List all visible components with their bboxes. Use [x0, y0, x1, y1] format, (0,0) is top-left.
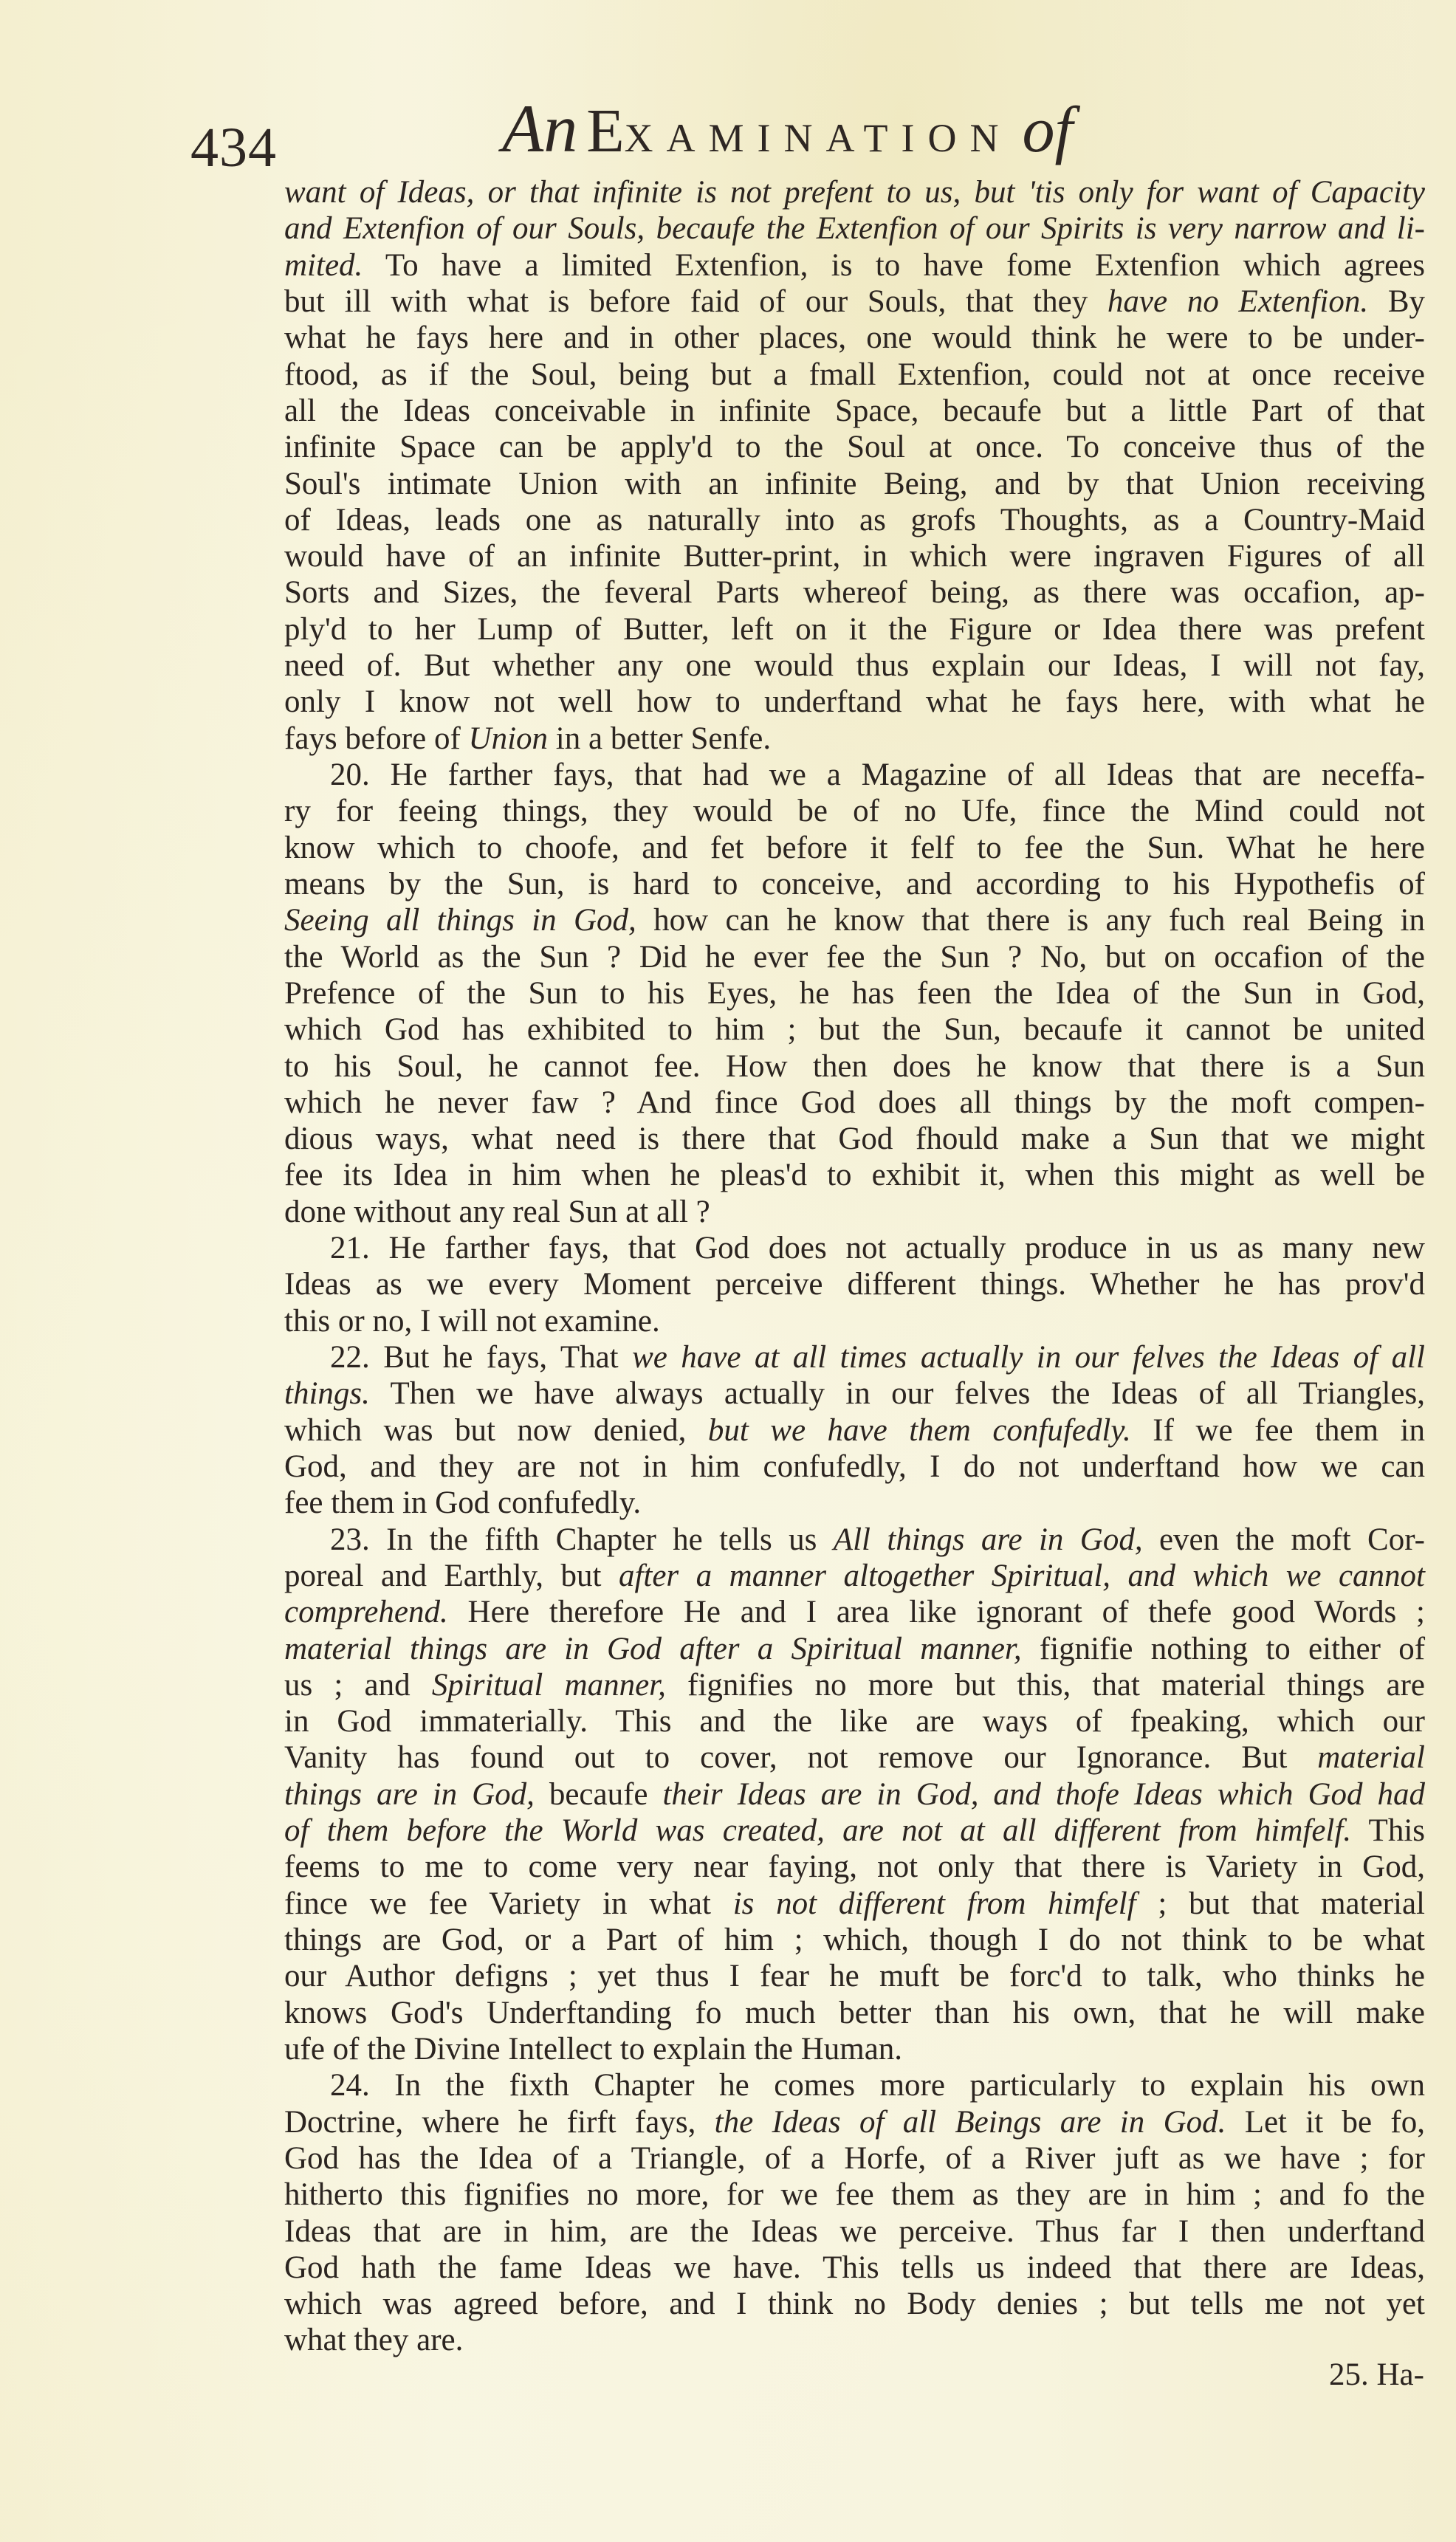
roman-run: 21. He farther fays, that God does not a… — [330, 1231, 1425, 1265]
catchword: 25. Ha- — [1329, 2359, 1424, 2391]
italic-run: All things are in God, — [834, 1522, 1143, 1557]
roman-run: 22. But he fays, That — [330, 1340, 632, 1375]
italic-run: mited. — [284, 248, 363, 283]
roman-run: Doctrine, where he firft fays, — [284, 2105, 715, 2140]
text-line: 24. In the fixth Chapter he comes more p… — [284, 2067, 1425, 2103]
italic-run: is not different from himfelf — [733, 1886, 1136, 1921]
text-line: fee its Idea in him when he pleas'd to e… — [284, 1157, 1425, 1193]
roman-run: need of. But whether any one would thus … — [284, 648, 1425, 683]
roman-run: even the moft Cor- — [1143, 1522, 1425, 1557]
roman-run: hitherto this fignifies no more, for we … — [284, 2177, 1425, 2212]
italic-run: comprehend. — [284, 1595, 448, 1629]
text-line: things are in God, becaufe their Ideas a… — [284, 1776, 1425, 1813]
text-line: done without any real Sun at all ? — [284, 1194, 1425, 1230]
roman-run: what they are. — [284, 2323, 463, 2357]
roman-run: know which to choofe, and fet before it … — [284, 831, 1425, 865]
text-line: ply'd to her Lump of Butter, left on it … — [284, 611, 1425, 647]
text-line: God, and they are not in him confufedly,… — [284, 1449, 1425, 1485]
roman-run: Soul's intimate Union with an infinite B… — [284, 467, 1425, 501]
text-line: Soul's intimate Union with an infinite B… — [284, 466, 1425, 502]
text-line: ufe of the Divine Intellect to explain t… — [284, 2031, 1425, 2067]
text-line: 23. In the fifth Chapter he tells us All… — [284, 1522, 1425, 1558]
text-line: Ideas as we every Moment perceive differ… — [284, 1266, 1425, 1302]
roman-run: If we fee them in — [1131, 1413, 1425, 1448]
roman-run: but ill with what is before faid of our … — [284, 284, 1108, 319]
roman-run: fays before of — [284, 721, 469, 756]
text-line: Prefence of the Sun to his Eyes, he has … — [284, 975, 1425, 1011]
text-line: material things are in God after a Spiri… — [284, 1631, 1425, 1667]
roman-run: ply'd to her Lump of Butter, left on it … — [284, 612, 1425, 647]
running-head: AnEXAMINATIONof — [502, 95, 1073, 163]
italic-run: Union — [469, 721, 549, 756]
italic-run: the Ideas of all Beings are in God. — [715, 2105, 1226, 2140]
running-head-caps: XAMINATION — [625, 116, 1012, 160]
roman-run: fignifies no more but this, that materia… — [666, 1668, 1425, 1703]
text-line: which was agreed before, and I think no … — [284, 2286, 1425, 2322]
roman-run: which he never faw ? And fince God does … — [284, 1085, 1425, 1120]
text-line: us ; and Spiritual manner, fignifies no … — [284, 1667, 1425, 1703]
roman-run: how can he know that there is any fuch r… — [636, 903, 1425, 938]
roman-run: which was but now denied, — [284, 1413, 708, 1448]
roman-run: fee them in God confufedly. — [284, 1485, 641, 1520]
text-line: God hath the fame Ideas we have. This te… — [284, 2250, 1425, 2286]
text-line: know which to choofe, and fet before it … — [284, 830, 1425, 866]
roman-run: This — [1351, 1813, 1425, 1848]
italic-run: and Extenfion of our Souls, becaufe the … — [284, 211, 1425, 246]
running-head-initial: E — [586, 97, 624, 165]
text-line: our Author defigns ; yet thus I fear he … — [284, 1958, 1425, 1994]
text-line: what he fays here and in other places, o… — [284, 320, 1425, 356]
roman-run: which was agreed before, and I think no … — [284, 2287, 1425, 2321]
roman-run: done without any real Sun at all ? — [284, 1195, 710, 1229]
roman-run: in a better Senfe. — [548, 721, 771, 756]
text-line: Sorts and Sizes, the feveral Parts where… — [284, 574, 1425, 611]
roman-run: ftood, as if the Soul, being but a fmall… — [284, 357, 1425, 392]
roman-run: Prefence of the Sun to his Eyes, he has … — [284, 976, 1425, 1011]
roman-run: dious ways, what need is there that God … — [284, 1121, 1425, 1156]
roman-run: ry for feeing things, they would be of n… — [284, 794, 1425, 828]
roman-run: what he fays here and in other places, o… — [284, 320, 1425, 355]
italic-run: we have at all times actually in our fel… — [632, 1340, 1425, 1375]
roman-run: the World as the Sun ? Did he ever fee t… — [284, 940, 1425, 975]
text-line: mited. To have a limited Extenfion, is t… — [284, 247, 1425, 284]
text-line: 21. He farther fays, that God does not a… — [284, 1230, 1425, 1266]
italic-run: things are in God, — [284, 1777, 535, 1812]
text-line: and Extenfion of our Souls, becaufe the … — [284, 210, 1425, 247]
text-line: things. Then we have always actually in … — [284, 1375, 1425, 1412]
roman-run: fignifie nothing to either of — [1022, 1632, 1425, 1666]
roman-run: poreal and Earthly, but — [284, 1559, 619, 1593]
text-line: fee them in God confufedly. — [284, 1485, 1425, 1521]
roman-run: infinite Space can be apply'd to the Sou… — [284, 430, 1425, 464]
text-line: need of. But whether any one would thus … — [284, 647, 1425, 684]
italic-run: Seeing all things in God, — [284, 903, 636, 938]
roman-run: us ; and — [284, 1668, 432, 1703]
page-number: 434 — [190, 120, 277, 176]
text-line: feems to me to come very near faying, no… — [284, 1849, 1425, 1885]
roman-run: to his Soul, he cannot fee. How then doe… — [284, 1049, 1425, 1084]
roman-run: ; but that material — [1136, 1886, 1425, 1921]
roman-run: which God has exhibited to him ; but the… — [284, 1012, 1425, 1047]
text-line: ry for feeing things, they would be of n… — [284, 793, 1425, 829]
italic-run: of them before the World was created, ar… — [284, 1813, 1351, 1848]
italic-run: things. — [284, 1376, 370, 1411]
text-line: ftood, as if the Soul, being but a fmall… — [284, 357, 1425, 393]
text-line: means by the Sun, is hard to conceive, a… — [284, 866, 1425, 902]
roman-run: Ideas that are in him, are the Ideas we … — [284, 2214, 1425, 2249]
roman-run: Vanity has found out to cover, not remov… — [284, 1740, 1317, 1775]
text-line: 20. He farther fays, that had we a Magaz… — [284, 757, 1425, 793]
italic-run: Spiritual manner, — [432, 1668, 666, 1703]
roman-run: Sorts and Sizes, the feveral Parts where… — [284, 575, 1425, 610]
text-line: Doctrine, where he firft fays, the Ideas… — [284, 2104, 1425, 2140]
italic-run: have no Extenfion. — [1108, 284, 1368, 319]
book-page: 434 AnEXAMINATIONof want of Ideas, or th… — [0, 0, 1456, 2542]
italic-run: material things are in God after a Spiri… — [284, 1632, 1022, 1666]
roman-run: By — [1368, 284, 1425, 319]
roman-run: Then we have always actually in our felv… — [370, 1376, 1425, 1411]
text-line: what they are. — [284, 2322, 1425, 2358]
roman-run: 24. In the fixth Chapter he comes more p… — [330, 2068, 1425, 2103]
text-line: the World as the Sun ? Did he ever fee t… — [284, 939, 1425, 975]
roman-run: our Author defigns ; yet thus I fear he … — [284, 1959, 1425, 1993]
roman-run: means by the Sun, is hard to conceive, a… — [284, 867, 1425, 901]
roman-run: things are God, or a Part of him ; which… — [284, 1923, 1425, 1957]
text-line: things are God, or a Part of him ; which… — [284, 1922, 1425, 1958]
text-line: all the Ideas conceivable in infinite Sp… — [284, 393, 1425, 429]
text-line: dious ways, what need is there that God … — [284, 1121, 1425, 1157]
roman-run: 23. In the fifth Chapter he tells us — [330, 1522, 834, 1557]
text-line: knows God's Underftanding fo much better… — [284, 1995, 1425, 2031]
text-line: of them before the World was created, ar… — [284, 1813, 1425, 1849]
italic-run: want of Ideas, or that infinite is not p… — [284, 175, 1425, 210]
roman-run: would have of an infinite Butter-print, … — [284, 539, 1425, 574]
text-line: infinite Space can be apply'd to the Sou… — [284, 429, 1425, 465]
roman-run: fee its Idea in him when he pleas'd to e… — [284, 1158, 1425, 1192]
roman-run: this or no, I will not examine. — [284, 1304, 660, 1339]
italic-run: after a manner altogether Spiritual, and… — [619, 1559, 1425, 1593]
italic-run: material — [1317, 1740, 1425, 1775]
roman-run: Here therefore He and I area like ignora… — [448, 1595, 1425, 1629]
roman-run: ufe of the Divine Intellect to explain t… — [284, 2032, 902, 2067]
running-head-an: An — [502, 91, 577, 166]
text-line: which God has exhibited to him ; but the… — [284, 1011, 1425, 1048]
body-text: want of Ideas, or that infinite is not p… — [284, 174, 1425, 2359]
italic-run: their Ideas are in God, and thofe Ideas … — [662, 1777, 1425, 1812]
roman-run: becaufe — [535, 1777, 663, 1812]
text-line: in God immaterially. This and the like a… — [284, 1703, 1425, 1739]
text-line: want of Ideas, or that infinite is not p… — [284, 174, 1425, 210]
text-line: but ill with what is before faid of our … — [284, 284, 1425, 320]
text-line: 22. But he fays, That we have at all tim… — [284, 1339, 1425, 1375]
text-line: to his Soul, he cannot fee. How then doe… — [284, 1048, 1425, 1085]
text-line: would have of an infinite Butter-print, … — [284, 538, 1425, 574]
roman-run: fince we fee Variety in what — [284, 1886, 733, 1921]
text-line: hitherto this fignifies no more, for we … — [284, 2177, 1425, 2213]
text-line: God has the Idea of a Triangle, of a Hor… — [284, 2140, 1425, 2177]
text-line: fince we fee Variety in what is not diff… — [284, 1886, 1425, 1922]
roman-run: all the Ideas conceivable in infinite Sp… — [284, 394, 1425, 428]
text-line: poreal and Earthly, but after a manner a… — [284, 1558, 1425, 1594]
roman-run: God, and they are not in him confufedly,… — [284, 1449, 1425, 1484]
running-head-of: of — [1022, 95, 1072, 166]
text-line: Ideas that are in him, are the Ideas we … — [284, 2213, 1425, 2250]
roman-run: knows God's Underftanding fo much better… — [284, 1996, 1425, 2030]
roman-run: To have a limited Extenfion, is to have … — [363, 248, 1425, 283]
roman-run: feems to me to come very near faying, no… — [284, 1849, 1425, 1884]
roman-run: Ideas as we every Moment perceive differ… — [284, 1267, 1425, 1302]
roman-run: 20. He farther fays, that had we a Magaz… — [330, 758, 1425, 792]
roman-run: in God immaterially. This and the like a… — [284, 1704, 1425, 1739]
roman-run: only I know not well how to underftand w… — [284, 684, 1425, 719]
text-line: fays before of Union in a better Senfe. — [284, 721, 1425, 757]
roman-run: God has the Idea of a Triangle, of a Hor… — [284, 2141, 1425, 2176]
roman-run: of Ideas, leads one as naturally into as… — [284, 503, 1425, 537]
roman-run: Let it be fo, — [1226, 2105, 1425, 2140]
italic-run: but we have them confufedly. — [708, 1413, 1131, 1448]
text-line: Seeing all things in God, how can he kno… — [284, 902, 1425, 938]
text-line: of Ideas, leads one as naturally into as… — [284, 502, 1425, 538]
text-line: Vanity has found out to cover, not remov… — [284, 1739, 1425, 1776]
text-line: which was but now denied, but we have th… — [284, 1412, 1425, 1449]
text-line: only I know not well how to underftand w… — [284, 684, 1425, 720]
roman-run: God hath the fame Ideas we have. This te… — [284, 2250, 1425, 2285]
text-line: which he never faw ? And fince God does … — [284, 1085, 1425, 1121]
text-line: this or no, I will not examine. — [284, 1303, 1425, 1339]
text-line: comprehend. Here therefore He and I area… — [284, 1594, 1425, 1630]
